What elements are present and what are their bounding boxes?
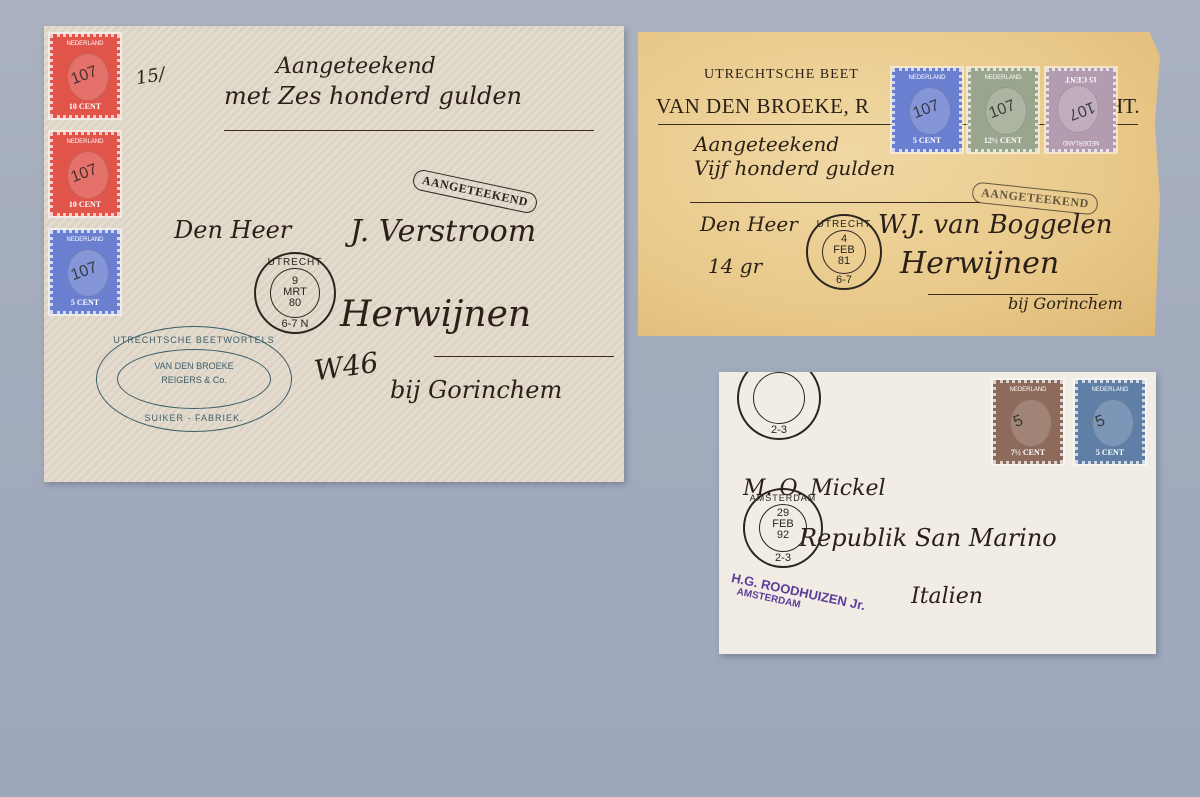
stamp-value: 12½ CENT	[971, 136, 1035, 145]
oval-inner-text-1: VAN DEN BROEKE	[97, 361, 291, 371]
stamp-header: NEDERLAND	[1078, 387, 1142, 393]
postmark-top-partial: AMSTERDAM 2-3	[737, 372, 821, 440]
postmark-year: 80	[256, 298, 334, 309]
handwriting-line3: Italien	[911, 584, 983, 609]
underline	[224, 130, 594, 131]
stamp-header: NEDERLAND	[1049, 139, 1113, 145]
handwriting-line2: Republik San Marino	[799, 524, 1057, 552]
postmark-town: UTRECHT	[808, 219, 880, 230]
addressee-name: J. Verstroom	[350, 214, 536, 249]
company-oval-stamp: UTRECHTSCHE BEETWORTELS VAN DEN BROEKE R…	[96, 326, 292, 432]
envelope-left: NEDERLAND 107 10 CENT NEDERLAND 107 10 C…	[44, 26, 624, 482]
printed-header-line1: UTRECHTSCHE BEET	[704, 67, 859, 83]
registered-stamp: AANGETEEKEND	[411, 168, 539, 215]
postmark-amsterdam: AMSTERDAM 29 FEB 92 2-3	[743, 488, 823, 568]
postmark-ring	[753, 372, 805, 424]
stamp-value: 5 CENT	[895, 136, 959, 145]
handwriting-line1: Aangeteekend	[694, 132, 839, 156]
salutation: Den Heer	[174, 216, 291, 244]
printed-header-line2: VAN DEN BROEKE, R	[656, 94, 869, 119]
underline	[690, 202, 980, 203]
stamp-value: 5 CENT	[53, 298, 117, 307]
postmark-year: 92	[745, 530, 821, 541]
stamp-value: 10 CENT	[53, 102, 117, 111]
postmark-town: UTRECHT	[256, 257, 334, 268]
addressee-town: Herwijnen	[900, 246, 1059, 281]
addressee-region: bij Gorinchem	[390, 376, 562, 404]
handwriting-line2: Vijf honderd gulden	[694, 156, 895, 180]
stamp-header: NEDERLAND	[996, 387, 1060, 393]
oval-bottom-text: SUIKER - FABRIEK.	[97, 413, 291, 423]
stamp-header: NEDERLAND	[53, 237, 117, 243]
envelope-top-right: UTRECHTSCHE BEET VAN DEN BROEKE, R HT. N…	[638, 32, 1160, 336]
stamp-header: NEDERLAND	[971, 75, 1035, 81]
stamp-header: NEDERLAND	[53, 41, 117, 47]
envelope-bottom-right: AMSTERDAM 2-3 NEDERLAND 5 7½ CENT NEDERL…	[719, 372, 1156, 654]
margin-note: 15/	[134, 64, 166, 90]
oval-inner-text-2: REIGERS & Co.	[97, 375, 291, 385]
postmark-hour: 2-3	[745, 553, 821, 564]
postmark-utrecht: UTRECHT 4 FEB 81 6-7	[806, 214, 882, 290]
postmark-date: 4 FEB 81	[808, 234, 880, 267]
addressee-name: W.J. van Boggelen	[878, 210, 1112, 240]
weight-note: 14 gr	[708, 254, 762, 278]
stamp-7-half-cent-brown: NEDERLAND 5 7½ CENT	[993, 380, 1063, 464]
stamp-value: 5 CENT	[1078, 448, 1142, 457]
postmark-hour: 2-3	[739, 425, 819, 436]
handwriting-line2: met Zes honderd gulden	[224, 82, 522, 110]
postmark-hour: 6-7 N	[256, 319, 334, 330]
stamp-10-cent-red: NEDERLAND 107 10 CENT	[50, 34, 120, 118]
postmark-town: AMSTERDAM	[745, 493, 821, 504]
stamp-header: NEDERLAND	[53, 139, 117, 145]
underline	[434, 356, 614, 357]
postmark-date: 29 FEB 92	[745, 508, 821, 541]
oval-top-text: UTRECHTSCHE BEETWORTELS	[97, 335, 291, 345]
salutation: Den Heer	[700, 212, 798, 236]
stamp-value: 15 CENT	[1049, 75, 1113, 84]
signature: W46	[312, 346, 380, 388]
stamp-5-cent-blue: NEDERLAND 107 5 CENT	[892, 68, 962, 152]
stamp-value: 7½ CENT	[996, 448, 1060, 457]
stamp-5-cent-blue: NEDERLAND 5 5 CENT	[1075, 380, 1145, 464]
addressee-region: bij Gorinchem	[1008, 294, 1123, 313]
stamp-10-cent-red: NEDERLAND 107 10 CENT	[50, 132, 120, 216]
postmark-year: 81	[808, 256, 880, 267]
postmark-utrecht: UTRECHT 9 MRT 80 6-7 N	[254, 252, 336, 334]
stamp-header: NEDERLAND	[895, 75, 959, 81]
stamp-15-cent-lilac-inverted: NEDERLAND 107 15 CENT	[1046, 68, 1116, 152]
stamp-5-cent-blue: NEDERLAND 107 5 CENT	[50, 230, 120, 314]
stamp-value: 10 CENT	[53, 200, 117, 209]
handwriting-line1: Aangeteekend	[276, 54, 436, 79]
postmark-date: 9 MRT 80	[256, 276, 334, 309]
stamp-12-half-cent-grey: NEDERLAND 107 12½ CENT	[968, 68, 1038, 152]
postmark-hour: 6-7	[808, 275, 880, 286]
addressee-town: Herwijnen	[340, 294, 531, 335]
sender-stamp: H.G. ROODHUIZEN Jr. AMSTERDAM	[728, 570, 867, 624]
